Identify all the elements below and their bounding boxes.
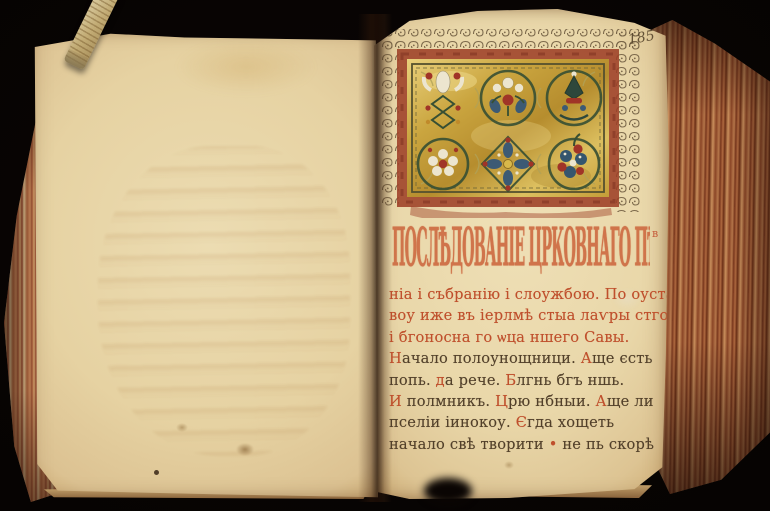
- rubric-segment: Ц: [495, 393, 508, 410]
- ink-segment: начало свѣ творити: [389, 436, 549, 453]
- text-line: пселіи іинокоу. Єгда хощеть: [389, 412, 665, 433]
- text-line: И полмникъ. Црю нбныи. Аще ли: [389, 391, 665, 412]
- rubric-segment: •: [549, 436, 558, 453]
- text-line: воу иже въ іерлмѣ стыа лаѵры стго: [389, 305, 665, 326]
- text-line: і бгоносна го ѡца ншего Савы.: [389, 327, 665, 348]
- ink-segment: ачало полоунощници.: [402, 350, 581, 367]
- rubric-segment: А: [596, 393, 607, 410]
- vyaz-heading: ПОСЛѢДОВАНІЕ ЦРКОВНАГО ПѢНІА: [392, 218, 650, 282]
- text-showthrough: [98, 146, 350, 456]
- ink-segment: пселіи іинокоу.: [389, 414, 516, 431]
- rubric-segment: і бгоносна го ѡца ншего Савы.: [389, 329, 629, 346]
- ink-segment: рю нбныи.: [508, 393, 596, 410]
- rubric-segment: А: [581, 350, 592, 367]
- ink-segment: а рече.: [445, 372, 505, 389]
- folio-number: 185: [627, 28, 656, 48]
- stain: [176, 40, 316, 94]
- faint-corner-mark: 143: [641, 12, 660, 27]
- right-page: ПОСЛѢДОВАНІЕ ЦРКОВНАГО ПѢНІА в ніа і съб…: [374, 6, 670, 502]
- text-block: ніа і събранію і слоужбою. По оуставоу и…: [389, 284, 665, 455]
- rubric-segment: воу иже въ іерлмѣ стыа лаѵры стго: [389, 307, 668, 324]
- text-line: ніа і събранію і слоужбою. По оуста: [389, 284, 665, 305]
- scroll-border-top: [387, 29, 639, 48]
- text-line: начало свѣ творити • не пь скорѣ: [389, 434, 665, 455]
- text-line: Начало полоунощници. Аще єсть: [389, 348, 665, 369]
- rubric-segment: Є: [516, 414, 527, 431]
- stain: [504, 461, 514, 469]
- gutter-bottom-shadow: [424, 478, 472, 504]
- ink-segment: полмникъ.: [402, 393, 495, 410]
- scroll-border-right: [616, 32, 642, 212]
- rubric-segment: д: [436, 372, 445, 389]
- ink-segment: не пь скорѣ: [558, 436, 655, 453]
- illuminated-headpiece: [381, 26, 649, 218]
- ink-segment: попь.: [389, 372, 436, 389]
- ink-segment: ще ли: [607, 393, 654, 410]
- gutter-shadow: [358, 14, 392, 502]
- ink-segment: ще єсть: [592, 350, 653, 367]
- stain: [154, 470, 159, 475]
- rubric-segment: Б: [505, 372, 516, 389]
- rubric-segment: ніа і събранію і слоужбою. По оуста: [389, 286, 675, 303]
- vyaz-heading-text: ПОСЛѢДОВАНІЕ ЦРКОВНАГО ПѢНІА: [392, 218, 650, 281]
- ink-segment: гда хощеть: [527, 414, 614, 431]
- left-page: [26, 28, 378, 502]
- ink-segment: лгнь бгъ ншь.: [516, 372, 624, 389]
- manuscript-photo: ПОСЛѢДОВАНІЕ ЦРКОВНАГО ПѢНІА в ніа і съб…: [0, 0, 770, 511]
- text-line: попь. да рече. Блгнь бгъ ншь.: [389, 370, 665, 391]
- margin-quire-mark: в: [652, 227, 658, 240]
- red-smear: [410, 206, 612, 218]
